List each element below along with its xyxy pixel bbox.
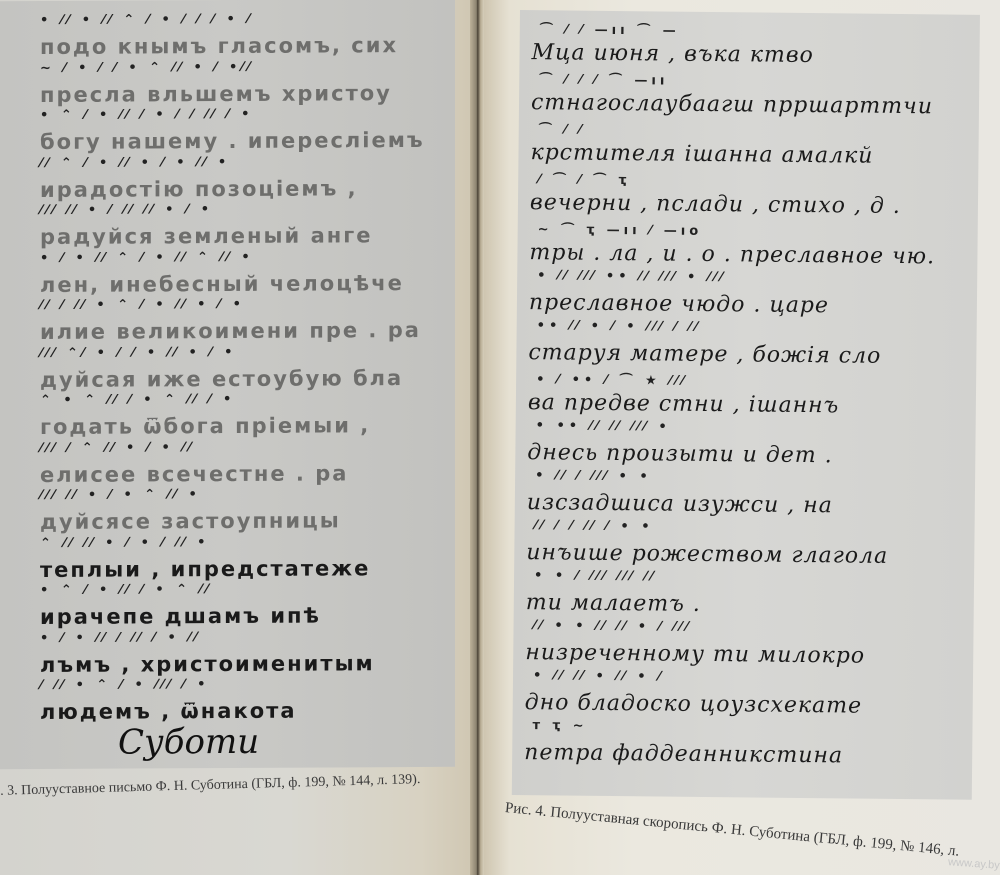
- manuscript-text-line: лъмъ , христоименитым: [40, 651, 375, 677]
- manuscript-text-line: Мца июня , въка ктво: [531, 40, 814, 68]
- figure-3-manuscript-plate: • ⁄⁄ • ⁄⁄ ⌃ ⁄ • ⁄ ⁄ ⁄ • ⁄подо кнымъ глас…: [0, 0, 455, 769]
- manuscript-text-line: подо кнымъ гласомъ, сих: [40, 33, 398, 59]
- neume-notation-row: • • ⁄ ⁄⁄⁄ ⁄⁄⁄ ⁄⁄: [534, 568, 657, 584]
- signature-subotin: Суботи: [118, 722, 259, 763]
- neume-notation-row: т ҭ ~: [532, 718, 587, 734]
- neume-notation-row: ⌒ ⁄ ⁄ —ıı ⌒ —: [540, 18, 680, 38]
- figure-4-caption: Рис. 4. Полууставная скоропись Ф. Н. Суб…: [504, 800, 960, 861]
- manuscript-text-line: ирадостію позоціемъ ,: [40, 176, 358, 202]
- manuscript-text-line: низреченному ти милокро: [525, 640, 865, 669]
- neume-notation-row: ⌒ ⁄ ⁄: [539, 118, 586, 137]
- neume-notation-row: ⁄⁄⁄ ⌃⁄ • ⁄ ⁄ • ⁄⁄ • ⁄ •: [40, 344, 236, 360]
- neume-notation-row: ⌒ ⁄ ⁄ ⁄ ⌒ —ıı: [539, 68, 668, 88]
- neume-notation-row: • ⌃ ⁄ • ⁄⁄ ⁄ • ⁄ ⁄ ⁄⁄ ⁄ •: [40, 107, 253, 123]
- neume-notation-row: •• ⁄⁄ • ⁄ • ⁄⁄⁄ ⁄ ⁄⁄: [537, 318, 702, 335]
- manuscript-text-line: ирачепе дшамъ ипѣ: [40, 604, 321, 629]
- neume-notation-row: ⁄⁄ ⁄ ⁄⁄ • ⌃ ⁄ • ⁄⁄ • ⁄ •: [40, 297, 245, 313]
- manuscript-text-line: елисее всечестне . ра: [40, 461, 348, 487]
- manuscript-text-line: илие великоимени пре . ра: [40, 318, 421, 344]
- manuscript-text-line: людемъ , ѿнакота: [40, 699, 297, 724]
- manuscript-text-line: радуйся земленый анге: [40, 223, 372, 249]
- manuscript-text-line: богу нашему . ипересліемъ: [40, 128, 425, 154]
- neume-notation-row: ⁄⁄ • • ⁄⁄ ⁄⁄ • ⁄ ⁄⁄⁄: [533, 618, 691, 635]
- neume-notation-row: • ⁄ •• ⁄ ⌒ ★ ⁄⁄⁄: [536, 368, 688, 389]
- neume-notation-row: • ⁄⁄ ⁄⁄ • ⁄⁄ • ⁄: [533, 668, 664, 684]
- neume-notation-row: ⌃ • ⌃ ⁄⁄ ⁄ • ⌃ ⁄⁄ ⁄ •: [40, 392, 235, 408]
- left-book-page: • ⁄⁄ • ⁄⁄ ⌃ ⁄ • ⁄ ⁄ ⁄ • ⁄подо кнымъ глас…: [0, 0, 478, 875]
- neume-notation-row: ⁄ ⌒ ⁄ ⌒ ҭ: [538, 168, 630, 188]
- figure-4-manuscript-plate: ⌒ ⁄ ⁄ —ıı ⌒ —Мца июня , въка ктво⌒ ⁄ ⁄ ⁄…: [512, 10, 980, 800]
- neume-notation-row: ⁄⁄ ⌃ ⁄ • ⁄⁄ • ⁄ • ⁄⁄ •: [40, 154, 230, 170]
- neume-notation-row: ~ ⁄ • ⁄ ⁄ • ⌃ ⁄⁄ • ⁄ •⁄⁄: [40, 59, 254, 75]
- manuscript-text-line: пресла вльшемъ христоу: [40, 81, 392, 107]
- manuscript-text-line: лен, инебесный челоцѣче: [40, 271, 404, 297]
- manuscript-text-line: крстителя ішанна амалкй: [530, 140, 873, 169]
- neume-notation-row: ⁄⁄⁄ ⁄⁄ • ⁄ ⁄⁄ ⁄⁄ • ⁄ •: [40, 202, 213, 218]
- neume-notation-row: ⁄ ⁄⁄ • ⌃ ⁄ • ⁄⁄⁄ ⁄ •: [40, 677, 209, 693]
- neume-notation-row: ⌃ ⁄⁄ ⁄⁄ • ⁄ • ⁄ ⁄⁄ •: [40, 535, 209, 551]
- manuscript-text-line: тры . ла , и . о . преславное чю.: [529, 240, 935, 269]
- manuscript-text-line: ва предве стни , ішаннъ: [528, 390, 840, 418]
- manuscript-text-line: инъише рожеством глагола: [526, 540, 888, 569]
- manuscript-text-line: вечерни , пслади , стихо , д .: [530, 190, 901, 219]
- manuscript-text-line: годать ѿбога пріемыи ,: [40, 413, 370, 439]
- manuscript-text-line: дно бладоско цоузсхекате: [525, 690, 863, 719]
- manuscript-text-line: петра фаддеанникстина: [524, 740, 843, 768]
- neume-notation-row: ⁄⁄⁄ ⁄ ⌃ ⁄⁄ • ⁄ • ⁄⁄: [40, 440, 195, 456]
- manuscript-text-line: стнагослаубаагш прршарттчи: [531, 90, 933, 119]
- neume-notation-row: • ⌃ ⁄ • ⁄⁄ ⁄ • ⌃ ⁄⁄: [40, 582, 212, 598]
- manuscript-text-line: ти малаетъ .: [526, 590, 701, 617]
- manuscript-text-line: дуйсая иже естоубую бла: [40, 366, 403, 392]
- neume-notation-row: • •• ⁄⁄ ⁄⁄ ⁄⁄⁄ •: [536, 418, 671, 434]
- manuscript-text-line: преславное чюдо . царе: [529, 290, 829, 318]
- manuscript-text-line: дуйсясе застоупницы: [40, 508, 341, 534]
- neume-notation-row: • ⁄ • ⁄⁄ ⌃ ⁄ • ⁄⁄ ⌃ ⁄⁄ •: [40, 249, 254, 265]
- neume-notation-row: • ⁄⁄ ⁄ ⁄⁄⁄ • •: [535, 468, 652, 484]
- manuscript-text-line: старуя матере , божія сло: [528, 340, 881, 369]
- neume-notation-row: • ⁄⁄ • ⁄⁄ ⌃ ⁄ • ⁄ ⁄ ⁄ • ⁄: [40, 12, 253, 28]
- manuscript-text-line: изсзадшиса изужси , на: [527, 490, 833, 518]
- neume-notation-row: ⁄⁄⁄ ⁄⁄ • ⁄ • ⌃ ⁄⁄ •: [40, 487, 201, 503]
- neume-notation-row: • ⁄ • ⁄⁄ ⁄ ⁄⁄ ⁄ • ⁄⁄: [40, 630, 201, 646]
- manuscript-text-line: днесь произыти и дет .: [527, 440, 833, 468]
- manuscript-text-line: теплыи , ипредстатеже: [40, 556, 370, 582]
- figure-3-caption: с. 3. Полууставное письмо Ф. Н. Суботина…: [0, 772, 421, 800]
- neume-notation-row: ⁄⁄ ⁄ ⁄ ⁄⁄ ⁄ • •: [535, 518, 654, 534]
- neume-notation-row: ~ ⌒ ҭ —ıı ⁄ —ıo: [538, 218, 703, 239]
- book-spine-gutter: [470, 0, 484, 875]
- neume-notation-row: • ⁄⁄ ⁄⁄⁄ •• ⁄⁄ ⁄⁄⁄ • ⁄⁄⁄: [537, 268, 726, 285]
